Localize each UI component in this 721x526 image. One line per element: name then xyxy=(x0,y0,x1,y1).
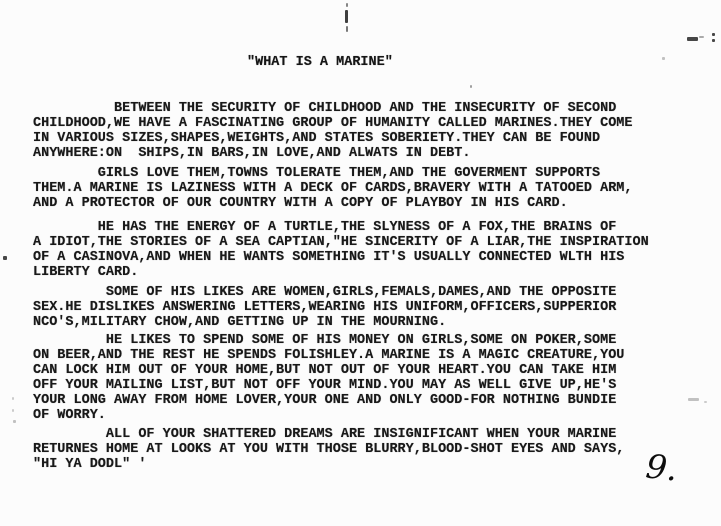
scan-artifact xyxy=(662,57,665,60)
scan-artifact xyxy=(699,36,704,38)
text-line: SEX.HE DISLIKES ANSWERING LETTERS,WEARIN… xyxy=(33,300,649,315)
scan-artifact xyxy=(346,26,348,32)
text-line: HE HAS THE ENERGY OF A TURTLE,THE SLYNES… xyxy=(33,220,649,235)
scan-artifact xyxy=(13,420,16,423)
scan-artifact xyxy=(470,85,472,88)
scan-artifact xyxy=(688,398,699,401)
scan-artifact xyxy=(712,33,715,36)
scanned-page: "WHAT IS A MARINE" BETWEEN THE SECURITY … xyxy=(0,0,721,526)
text-line: GIRLS LOVE THEM,TOWNS TOLERATE THEM,AND … xyxy=(33,166,649,181)
paragraph: GIRLS LOVE THEM,TOWNS TOLERATE THEM,AND … xyxy=(33,166,649,211)
text-line: "HI YA DODL" ' xyxy=(33,457,649,472)
paragraph: HE HAS THE ENERGY OF A TURTLE,THE SLYNES… xyxy=(33,220,649,280)
scan-artifact xyxy=(687,37,698,41)
text-line: ON BEER,AND THE REST HE SPENDS FOLISHLEY… xyxy=(33,348,649,363)
text-line: IN VARIOUS SIZES,SHAPES,WEIGHTS,AND STAT… xyxy=(33,131,649,146)
scan-artifact xyxy=(704,401,707,403)
text-line: HE LIKES TO SPEND SOME OF HIS MONEY ON G… xyxy=(33,333,649,348)
scan-artifact xyxy=(3,256,7,260)
text-line: SOME OF HIS LIKES ARE WOMEN,GIRLS,FEMALS… xyxy=(33,285,649,300)
text-line: BETWEEN THE SECURITY OF CHILDHOOD AND TH… xyxy=(33,101,649,116)
scan-artifact xyxy=(12,409,14,412)
scan-artifact xyxy=(712,39,715,42)
scan-artifact xyxy=(345,10,348,23)
paragraph: ALL OF YOUR SHATTERED DREAMS ARE INSIGNI… xyxy=(33,427,649,472)
handwritten-page-number: 9. xyxy=(644,446,679,488)
text-line: OF WORRY. xyxy=(33,408,649,423)
text-line: OFF YOUR MAILING LIST,BUT NOT OFF YOUR M… xyxy=(33,378,649,393)
text-line: A IDIOT,THE STORIES OF A SEA CAPTIAN,"HE… xyxy=(33,235,649,250)
document-title: "WHAT IS A MARINE" xyxy=(247,55,393,70)
paragraph: BETWEEN THE SECURITY OF CHILDHOOD AND TH… xyxy=(33,101,649,161)
text-line: NCO'S,MILITARY CHOW,AND GETTING UP IN TH… xyxy=(33,315,649,330)
paragraph: SOME OF HIS LIKES ARE WOMEN,GIRLS,FEMALS… xyxy=(33,285,649,330)
text-line: OF A CASINOVA,AND WHEN HE WANTS SOMETHIN… xyxy=(33,250,649,265)
paragraph: HE LIKES TO SPEND SOME OF HIS MONEY ON G… xyxy=(33,333,649,423)
text-line: THEM.A MARINE IS LAZINESS WITH A DECK OF… xyxy=(33,181,649,196)
text-line: ALL OF YOUR SHATTERED DREAMS ARE INSIGNI… xyxy=(33,427,649,442)
text-line: YOUR LONG AWAY FROM HOME LOVER,YOUR ONE … xyxy=(33,393,649,408)
scan-artifact xyxy=(346,3,348,7)
text-line: LIBERTY CARD. xyxy=(33,265,649,280)
text-line: ANYWHERE:ON SHIPS,IN BARS,IN LOVE,AND AL… xyxy=(33,146,649,161)
document-body: BETWEEN THE SECURITY OF CHILDHOOD AND TH… xyxy=(33,101,649,472)
text-line: RETURNES HOME AT LOOKS AT YOU WITH THOSE… xyxy=(33,442,649,457)
scan-artifact xyxy=(12,397,14,400)
text-line: CAN LOCK HIM OUT OF YOUR HOME,BUT NOT OU… xyxy=(33,363,649,378)
text-line: AND A PROTECTOR OF OUR COUNTRY WITH A CO… xyxy=(33,196,649,211)
text-line: CHILDHOOD,WE HAVE A FASCINATING GROUP OF… xyxy=(33,116,649,131)
